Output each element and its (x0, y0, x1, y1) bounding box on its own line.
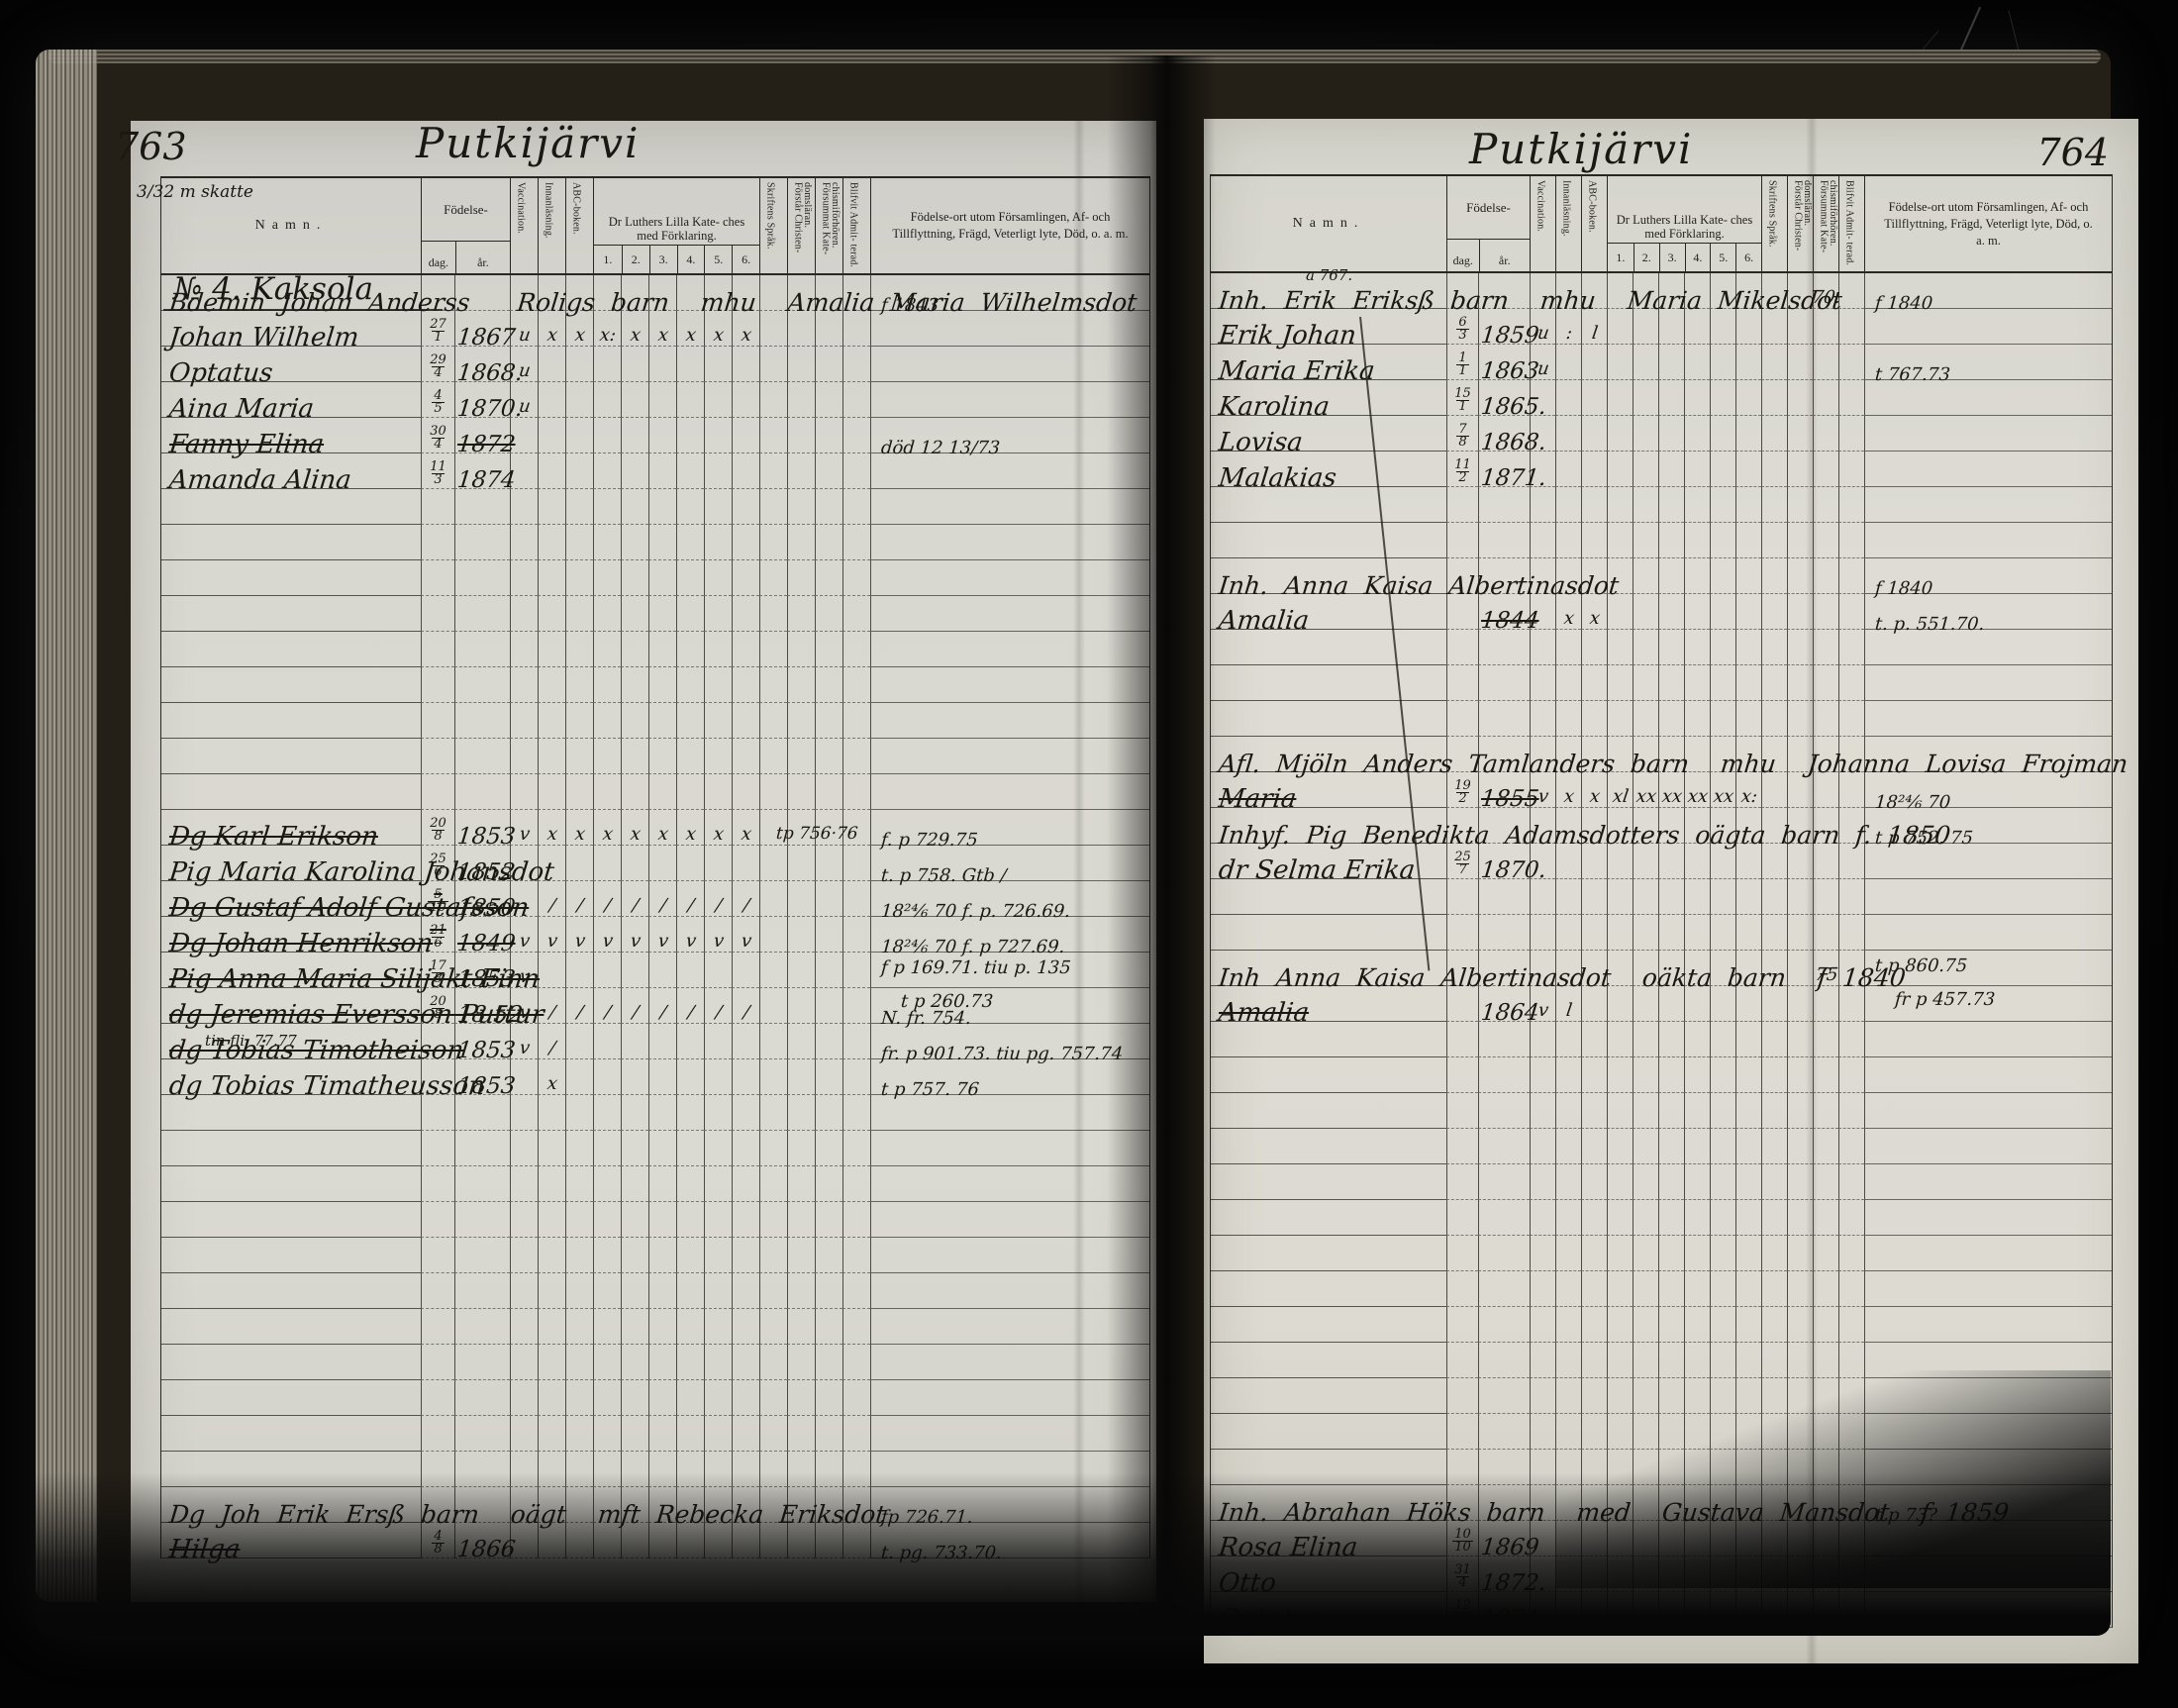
mark-cell (538, 596, 565, 632)
mark-cell (676, 560, 704, 596)
birth-day-cell (1446, 1164, 1478, 1200)
mark-cell (1710, 523, 1735, 558)
mark-cell (648, 418, 676, 453)
mark-cell (1710, 416, 1735, 452)
mark-cell (538, 560, 565, 596)
table-row (1211, 1343, 2112, 1378)
mark-cell (648, 953, 676, 988)
note-cell (870, 489, 1149, 525)
table-row: Inh. Abrahan Höks barn med Gustava Mansd… (1211, 1485, 2112, 1521)
mark-cell (621, 953, 648, 988)
mark-cell (842, 1309, 870, 1345)
note-cell (1864, 1022, 2112, 1057)
name-cell (1211, 701, 1446, 737)
mark-cell: x (593, 810, 621, 846)
name-cell (1211, 1414, 1446, 1450)
mark-cell (565, 774, 593, 810)
admitted-note: tp 756·76 (775, 824, 858, 844)
mark-cell (842, 347, 870, 382)
birth-year-cell (1478, 1414, 1530, 1450)
birth-day-cell (421, 1380, 454, 1416)
mark-cell (1607, 1200, 1633, 1236)
birth-year-cell (454, 1202, 510, 1238)
mark-cell (815, 1452, 842, 1487)
progress-mark: / (658, 895, 667, 916)
birth-day: 48 (422, 1531, 454, 1556)
mark-cell (1761, 416, 1787, 452)
birth-day: 78 (1447, 424, 1478, 449)
mark-cell (510, 560, 538, 596)
birth-day-cell (1446, 1093, 1478, 1129)
mark-cell (1555, 1236, 1581, 1271)
mark-cell (1761, 701, 1787, 737)
mark-cell (1787, 452, 1813, 487)
mark-cell (1607, 1022, 1633, 1057)
mark-cell (787, 489, 815, 525)
mark-cell (1633, 452, 1658, 487)
column-header-skriftens-sprak: Skriftens Språk. (759, 178, 787, 273)
mark-cell (842, 988, 870, 1024)
mark-cell (1555, 1557, 1581, 1592)
mark-cell (759, 596, 787, 632)
register-page: 764 Putkijärvi Namn. Födelse- dag. år. V… (1204, 119, 2138, 1663)
mark-cell (815, 1095, 842, 1131)
mark-cell (1684, 594, 1710, 630)
mark-cell (1684, 1307, 1710, 1343)
mark-cell (1710, 665, 1735, 701)
birth-year-cell (1478, 879, 1530, 915)
mark-cell (732, 1309, 759, 1345)
mark-cell (1684, 1164, 1710, 1200)
mark-cell (1530, 1057, 1555, 1093)
entry-name: Erik Johan (1217, 321, 1357, 351)
mark-cell (648, 739, 676, 774)
birth-year-cell: 1870. (454, 382, 510, 418)
birth-day-cell (1446, 630, 1478, 665)
progress-mark: x (545, 325, 558, 346)
mark-cell (1684, 558, 1710, 594)
birth-year: 1859 (1480, 323, 1540, 349)
mark-cell (1787, 345, 1813, 380)
birth-year-cell (1478, 1200, 1530, 1236)
mark-cell (1555, 1129, 1581, 1164)
mark-cell (1658, 345, 1684, 380)
mark-cell (593, 1273, 621, 1309)
mark-cell (732, 667, 759, 703)
mark-cell (1787, 1236, 1813, 1271)
margin-note: död 12 13/73 (880, 438, 1001, 458)
mark-cell (510, 739, 538, 774)
mark-cell (1710, 1057, 1735, 1093)
birth-day-cell (421, 1345, 454, 1380)
mark-cell (704, 418, 732, 453)
mark-cell (704, 1309, 732, 1345)
mark-cell (621, 1202, 648, 1238)
mark-cell (815, 917, 842, 953)
mark-cell (759, 1345, 787, 1380)
mark-cell (815, 560, 842, 596)
fodelse-label: Födelse- (422, 178, 510, 241)
birth-year-cell (1478, 915, 1530, 951)
mark-cell (648, 1452, 676, 1487)
mark-cell (1607, 1164, 1633, 1200)
mark-cell (1838, 1450, 1864, 1485)
progress-mark: x (1588, 786, 1601, 807)
mark-cell (815, 347, 842, 382)
mark-cell (759, 489, 787, 525)
mark-cell (1581, 1414, 1607, 1450)
entry-name: Malakias (1217, 463, 1337, 493)
progress-mark: xx (1686, 786, 1709, 807)
mark-cell (621, 382, 648, 418)
mark-cell (842, 1238, 870, 1273)
mark-cell (704, 1202, 732, 1238)
mark-cell (648, 1202, 676, 1238)
mark-cell (815, 1202, 842, 1238)
mark-cell (759, 1238, 787, 1273)
mark-cell (1581, 665, 1607, 701)
mark-cell (1710, 558, 1735, 594)
progress-mark: x (656, 325, 669, 346)
mark-cell (565, 418, 593, 453)
mark-cell (1607, 1236, 1633, 1271)
progress-mark: v (740, 931, 752, 952)
mark-cell (1555, 1414, 1581, 1450)
mark-cell (593, 453, 621, 489)
mark-cell (1581, 1057, 1607, 1093)
margin-note: t 767.73 (1874, 364, 1950, 385)
mark-cell (676, 739, 704, 774)
table-header: Namn. Födelse- dag. år. Vaccination. Inn… (1210, 174, 2113, 273)
mark-cell: v (676, 917, 704, 953)
birth-day: 113 (422, 461, 454, 486)
mark-cell (1658, 416, 1684, 452)
mark-cell (1633, 1414, 1658, 1450)
mark-cell (1838, 1557, 1864, 1592)
table-row (161, 703, 1149, 739)
mark-cell (1710, 1164, 1735, 1200)
mark-cell (538, 953, 565, 988)
mark-cell (565, 846, 593, 881)
name-cell (161, 525, 421, 560)
birth-day-cell (1446, 1057, 1478, 1093)
progress-mark: / (603, 1002, 612, 1023)
mark-cell (1555, 915, 1581, 951)
mark-cell (676, 382, 704, 418)
mark-cell (1658, 487, 1684, 523)
note-cell (870, 703, 1149, 739)
mark-cell (648, 1059, 676, 1095)
entry-name: Johan Wilhelm (167, 323, 359, 352)
mark-cell (1684, 345, 1710, 380)
column-header-skriftens-sprak: Skriftens Språk. (1761, 176, 1787, 271)
mark-cell (593, 1131, 621, 1166)
birth-day: 208 (422, 818, 454, 843)
mark-cell (1607, 345, 1633, 380)
table-row (161, 667, 1149, 703)
mark-cell (759, 525, 787, 560)
mark-cell (732, 846, 759, 881)
birth-year: 1872 (456, 432, 517, 457)
mark-cell (1581, 487, 1607, 523)
mark-cell (732, 453, 759, 489)
birth-year-cell (1478, 1271, 1530, 1307)
name-cell (161, 632, 421, 667)
progress-mark: / (575, 1002, 584, 1023)
mark-cell (1813, 1200, 1838, 1236)
note-cell (870, 774, 1149, 810)
mark-cell (1658, 1557, 1684, 1592)
mark-cell (565, 1380, 593, 1416)
kateches-number: 1. (594, 246, 622, 273)
birth-year: 1874 (1480, 1606, 1540, 1632)
mark-cell (1555, 1378, 1581, 1414)
mark-cell (648, 1166, 676, 1202)
mark-cell (842, 632, 870, 667)
mark-cell (621, 1416, 648, 1452)
section-heading: № 4. Kaksola (163, 271, 443, 311)
mark-cell (1555, 1164, 1581, 1200)
note-cell (870, 1238, 1149, 1273)
progress-mark: / (658, 1002, 667, 1023)
mark-cell: / (593, 881, 621, 917)
note-cell: t. pg. 733.70. (870, 1523, 1149, 1558)
mark-cell (593, 1416, 621, 1452)
mark-cell (1787, 1022, 1813, 1057)
mark-cell (815, 667, 842, 703)
birth-year-cell (1478, 1378, 1530, 1414)
mark-cell (648, 667, 676, 703)
mark-cell (1838, 1271, 1864, 1307)
note-cell (870, 1202, 1149, 1238)
mark-cell (1838, 594, 1864, 630)
mark-cell (1633, 1164, 1658, 1200)
birth-day-cell (421, 1166, 454, 1202)
mark-cell (676, 953, 704, 988)
note-cell (1864, 915, 2112, 951)
mark-cell (648, 1345, 676, 1380)
mark-cell (1658, 1057, 1684, 1093)
mark-cell (1761, 558, 1787, 594)
table-row (161, 1273, 1149, 1309)
note-cell (870, 382, 1149, 418)
mark-cell (1684, 1414, 1710, 1450)
table-row (1211, 1236, 2112, 1271)
mark-cell (565, 1345, 593, 1380)
mark-cell (759, 1452, 787, 1487)
mark-cell (1633, 701, 1658, 737)
mark-cell (676, 418, 704, 453)
mark-cell (1581, 915, 1607, 951)
mark-cell (1710, 487, 1735, 523)
note-cell (1864, 701, 2112, 737)
mark-cell (1684, 1343, 1710, 1378)
note-cell (1864, 1236, 2112, 1271)
entry-above-note: a 767. (1306, 266, 1352, 284)
birth-day: 314 (1447, 1564, 1478, 1589)
mark-cell (1581, 879, 1607, 915)
mark-cell (759, 1024, 787, 1059)
mark-cell: x (732, 810, 759, 846)
birth-day-cell: 112 (1446, 452, 1478, 487)
mark-cell: / (621, 881, 648, 917)
mark-cell (648, 1380, 676, 1416)
mark-cell: x (676, 810, 704, 846)
mark-cell (1633, 594, 1658, 630)
mark-cell (1761, 1057, 1787, 1093)
mark-cell (648, 774, 676, 810)
birth-year-cell (454, 525, 510, 560)
entry-name: Maria Erika (1217, 356, 1376, 386)
birth-day-cell (1446, 1022, 1478, 1057)
mark-cell (1607, 1271, 1633, 1307)
progress-mark: x (573, 325, 586, 346)
mark-cell (815, 881, 842, 917)
mark-cell (1838, 523, 1864, 558)
mark-cell (1710, 1557, 1735, 1592)
mark-cell (732, 525, 759, 560)
mark-cell (621, 1238, 648, 1273)
note-cell (1864, 487, 2112, 523)
mark-cell (1658, 701, 1684, 737)
mark-cell (842, 560, 870, 596)
name-cell (1211, 523, 1446, 558)
mark-cell (593, 1059, 621, 1095)
mark-cell (538, 347, 565, 382)
mark-cell (1735, 630, 1761, 665)
note-cell (870, 1166, 1149, 1202)
mark-cell (1735, 665, 1761, 701)
mark-cell (842, 1345, 870, 1380)
birth-day-cell (1446, 1236, 1478, 1271)
name-cell (1211, 1450, 1446, 1485)
mark-cell (1684, 487, 1710, 523)
progress-mark: x (1588, 608, 1601, 629)
mark-cell (621, 632, 648, 667)
mark-cell (1633, 630, 1658, 665)
note-cell (1864, 1271, 2112, 1307)
mark-cell (593, 632, 621, 667)
mark-cell (1735, 1022, 1761, 1057)
table-row (1211, 1378, 2112, 1414)
mark-cell (1555, 487, 1581, 523)
mark-cell (1555, 1307, 1581, 1343)
mark-cell (1658, 1378, 1684, 1414)
mark-cell (759, 703, 787, 739)
mark-cell (787, 739, 815, 774)
table-row: Afl. Mjöln Anders Tamlanders barn mhu Jo… (1211, 737, 2112, 772)
margin-note: t p 757. 76 (880, 1079, 979, 1100)
mark-cell (1555, 452, 1581, 487)
note-cell (1864, 665, 2112, 701)
mark-cell (1735, 1057, 1761, 1093)
mark-cell (1787, 523, 1813, 558)
birth-day-cell (421, 739, 454, 774)
mark-cell (1813, 1592, 1838, 1628)
table-row (1211, 915, 2112, 951)
mark-cell (1787, 1378, 1813, 1414)
mark-cell (1761, 345, 1787, 380)
page-stack-edge-top (48, 50, 2101, 63)
register-book: 763 Putkijärvi 3/32 m skatte Namn. № 4. … (36, 50, 2111, 1628)
mark-cell (538, 1416, 565, 1452)
mark-cell (593, 1452, 621, 1487)
mark-cell (1633, 1236, 1658, 1271)
mark-cell (1735, 487, 1761, 523)
table-row (161, 1380, 1149, 1416)
mark-cell (815, 453, 842, 489)
mark-cell (593, 382, 621, 418)
table-row (161, 1238, 1149, 1273)
mark-cell (1735, 1450, 1761, 1485)
mark-cell (815, 596, 842, 632)
birth-day: 45 (422, 390, 454, 415)
mark-cell (787, 596, 815, 632)
mark-cell (1607, 416, 1633, 452)
entry-name: Aina Maria (167, 394, 315, 424)
mark-cell (510, 489, 538, 525)
birth-year: 1874 (456, 467, 517, 493)
birth-day-cell: 78 (1446, 416, 1478, 452)
namn-label: Namn. (161, 218, 421, 234)
mark-cell (1838, 630, 1864, 665)
mark-cell (1838, 1022, 1864, 1057)
mark-cell (842, 1095, 870, 1131)
birth-year-cell (454, 1238, 510, 1273)
mark-cell (510, 525, 538, 560)
mark-cell (565, 703, 593, 739)
margin-note: t p 73? (1874, 1505, 1937, 1526)
birth-year: 1872. (1480, 1570, 1548, 1596)
mark-cell (1581, 1592, 1607, 1628)
margin-note: f p 169.71. tiu p. 135 (880, 957, 1071, 978)
mark-cell (1787, 1271, 1813, 1307)
mark-cell (1658, 1236, 1684, 1271)
mark-cell (1813, 1343, 1838, 1378)
mark-cell (621, 667, 648, 703)
progress-mark: : (1564, 323, 1573, 344)
mark-cell (1581, 701, 1607, 737)
birth-day-cell (421, 774, 454, 810)
mark-cell (1607, 1450, 1633, 1485)
name-cell: Dg Joh Erik Ersß barn oägt mft Rebecka E… (161, 1487, 421, 1523)
mark-cell (510, 1345, 538, 1380)
mark-cell (1787, 487, 1813, 523)
progress-mark: x: (1739, 786, 1758, 807)
progress-mark: x (684, 824, 697, 845)
entry-name: Maria (1217, 784, 1298, 814)
mark-cell (1684, 701, 1710, 737)
entry-name: Optatus (167, 358, 274, 388)
birth-day-cell (1446, 1307, 1478, 1343)
entry-name: Dg Joh Erik Ersß barn oägt mft Rebecka E… (167, 1500, 887, 1529)
mark-cell (565, 953, 593, 988)
birth-year-cell: 1853 (454, 810, 510, 846)
mark-cell (1838, 558, 1864, 594)
mark-cell (1581, 1129, 1607, 1164)
note-cell (870, 525, 1149, 560)
mark-cell (676, 1202, 704, 1238)
table-row (1211, 1414, 2112, 1450)
mark-cell (538, 453, 565, 489)
mark-cell (1813, 1164, 1838, 1200)
page-number: 764 (2036, 131, 2109, 174)
mark-cell (1684, 1592, 1710, 1628)
mark-cell: x (538, 810, 565, 846)
mark-cell (1530, 1378, 1555, 1414)
mark-cell (593, 347, 621, 382)
namn-label: Namn. (1211, 216, 1446, 232)
